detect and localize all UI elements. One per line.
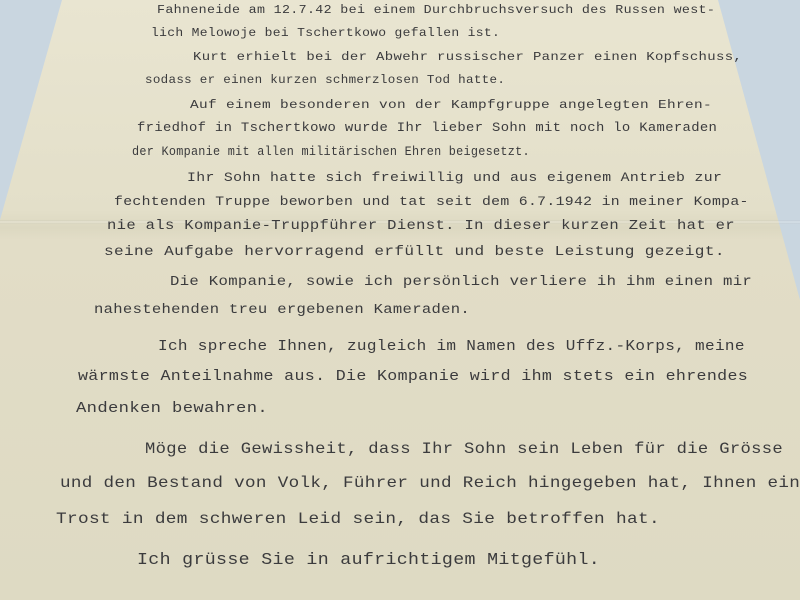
letter-line: Auf einem besonderen von der Kampfgruppe… [190,98,712,112]
letter-line: und den Bestand von Volk, Führer und Rei… [60,474,800,492]
letter-line: Möge die Gewissheit, dass Ihr Sohn sein … [145,440,783,458]
letter-line: Fahneneide am 12.7.42 bei einem Durchbru… [157,4,715,17]
letter-line: Trost in dem schweren Leid sein, das Sie… [56,510,660,528]
letter-line: lich Melowoje bei Tschertkowo gefallen i… [151,26,500,40]
photo-scene: Fahneneide am 12.7.42 bei einem Durchbru… [0,0,800,600]
letter-line: Die Kompanie, sowie ich persönlich verli… [170,274,752,290]
letter-line: wärmste Anteilnahme aus. Die Kompanie wi… [78,369,748,385]
letter-line: friedhof in Tschertkowo wurde Ihr lieber… [137,121,717,135]
letter-line: Ich grüsse Sie in aufrichtigem Mitgefühl… [137,550,600,569]
letter-line: nie als Kompanie-Truppführer Dienst. In … [107,219,735,234]
letter-line: der Kompanie mit allen militärischen Ehr… [132,144,530,159]
letter-line: Ihr Sohn hatte sich freiwillig und aus e… [187,170,722,185]
letter-line: Andenken bewahren. [76,400,268,417]
letter-line: Ich spreche Ihnen, zugleich im Namen des… [158,339,745,355]
letter-line: Kurt erhielt bei der Abwehr russischer P… [193,50,742,64]
letter-line: sodass er einen kurzen schmerzlosen Tod … [145,73,505,87]
letter-line: fechtenden Truppe beworben und tat seit … [114,194,749,209]
letter-line: nahestehenden treu ergebenen Kameraden. [94,302,470,318]
letter-line: seine Aufgabe hervorragend erfüllt und b… [104,245,725,260]
